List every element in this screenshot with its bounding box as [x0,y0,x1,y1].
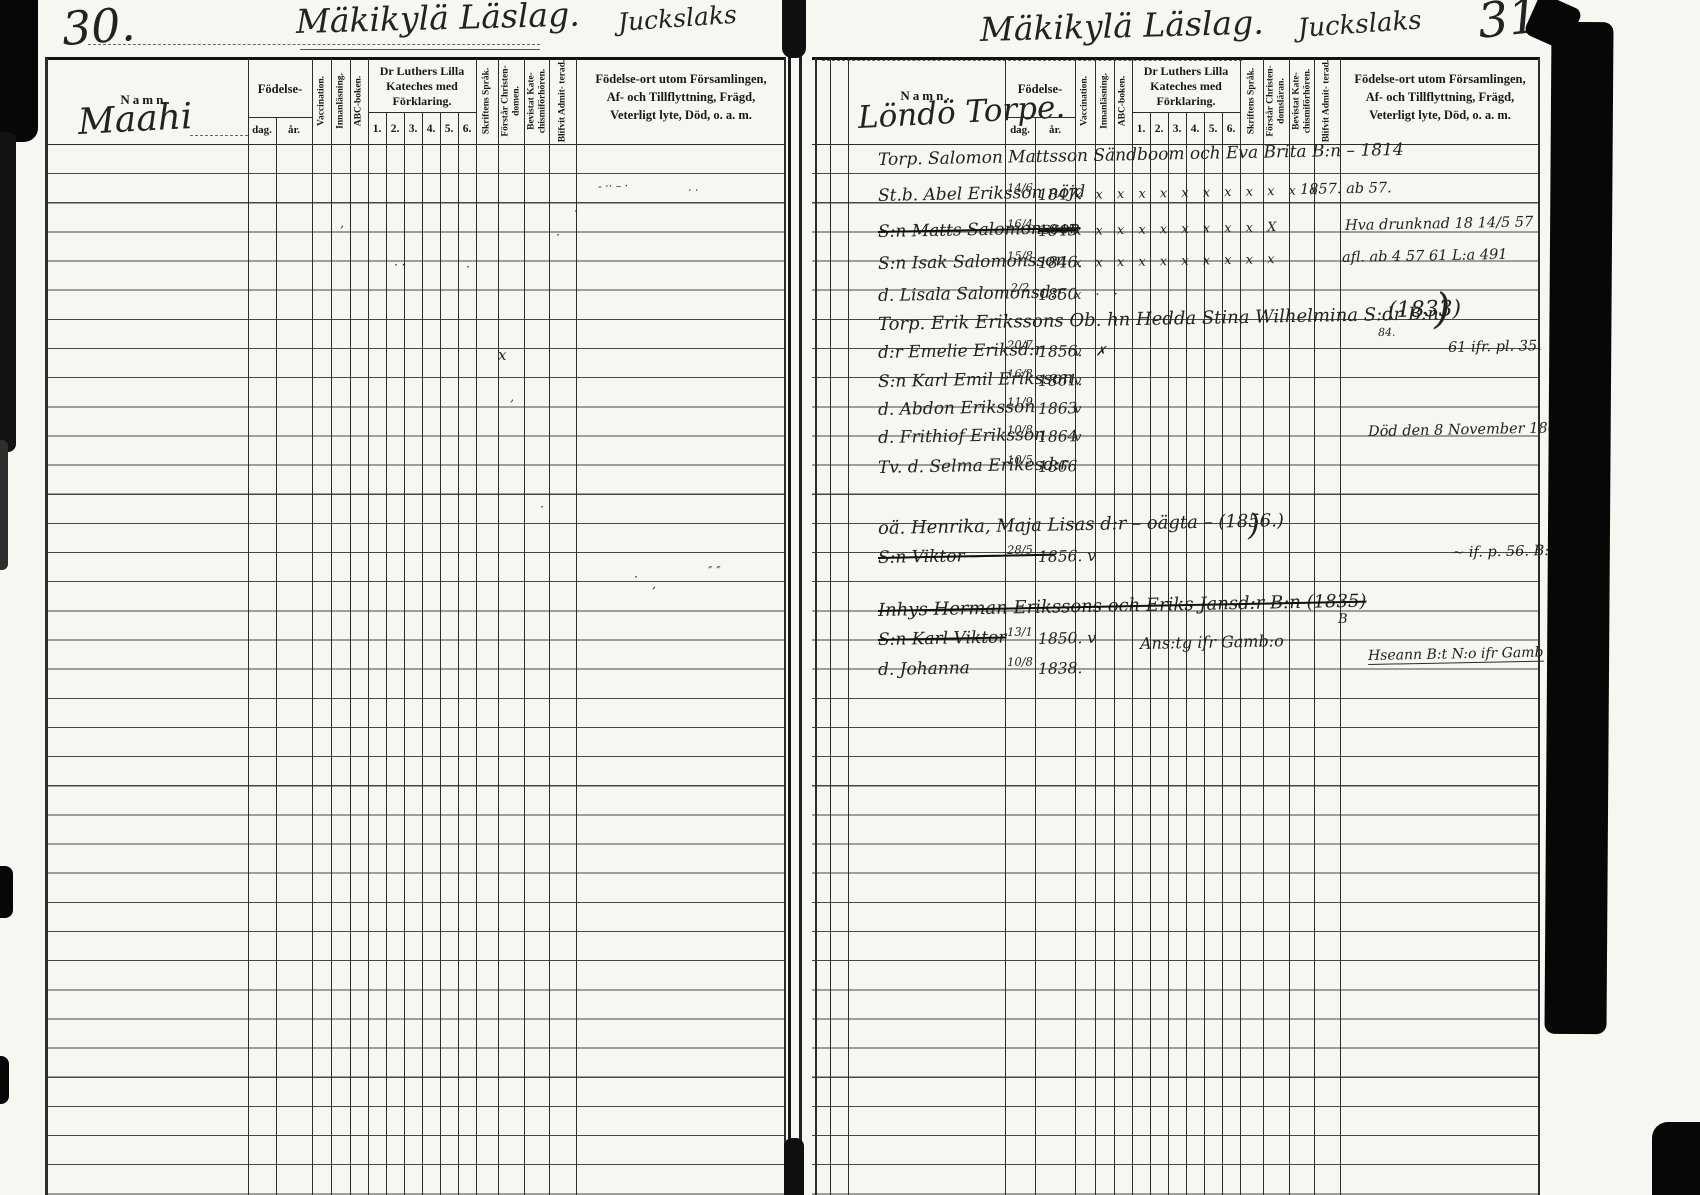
col-header-dag-right: dag. [1005,124,1035,136]
stray-ink-mark: · · [394,258,406,272]
col-header-fodelse-right: Födelse- [1005,82,1075,97]
stray-ink-mark: ‐ ·· – · [598,179,628,193]
scan-edge-left-2 [0,440,8,570]
column-rule [368,58,369,1195]
col-header-innanlasning-right: Innanläsning. [1095,58,1114,144]
column-rule [422,112,423,1195]
gutter-blot-bottom [784,1138,804,1195]
column-rule [549,58,550,1195]
column-rule [386,112,387,1195]
entry-extra: ) [1248,508,1260,543]
column-rule [350,58,351,1195]
entry-check-marks: v [1074,402,1087,417]
col-header-blifvit-left: Blifvit Admit- terad. [549,58,576,144]
kateches-col-5-right: 5. [1204,119,1222,143]
column-rule [1289,58,1290,1195]
stray-ink-mark: ‚ [510,390,514,404]
table-top-rule-right [812,57,1540,60]
page-title-left: Mäkikylä Läslag. [295,0,580,41]
scan-edge-left-1 [0,132,16,452]
stray-ink-mark: · [634,570,638,584]
gutter-blot-top [782,0,806,58]
col-header-fodelse-left: Födelse- [248,82,312,97]
col-header-skriftens-right: Skriftens Språk. [1240,58,1263,144]
scan-edge-left-3 [0,866,13,918]
column-rule [524,58,525,1195]
entry-birth-day: 10/5 [1004,452,1036,467]
column-rule [312,58,313,1195]
entry-name: S:n Karl Viktor [878,628,1007,650]
column-rule [404,112,405,1195]
fodelse-divider-left [248,117,312,118]
entry-note: afl. ab 4 57 61 L:a 491 [1342,247,1508,266]
page-annotation-right: Juckslaks [1297,5,1423,44]
entry-birth-day: 10/8 [1004,654,1036,669]
entry-name: d. Lisala Salomonsd:r [878,282,1065,306]
col-header-abc-right: ABC-boken. [1114,58,1132,144]
scan-edge-top-left [0,0,38,142]
entry-note: Död den 8 November 1865. [1368,420,1571,440]
entry-birth-day: 28/5 [1004,542,1036,557]
column-rule [1204,112,1205,1195]
kateches-col-1-left: 1. [368,119,386,143]
gutter-rule-2 [799,0,802,1195]
kateches-col-6-right: 6. [1222,119,1240,143]
column-rule [1186,112,1187,1195]
col-header-blifvit-right: Blifvit Admit- terad. [1314,58,1340,144]
entry-birth-year: 1850 [1038,285,1078,304]
col-header-vaccination-right: Vaccination. [1075,58,1095,144]
col-header-ar-left: år. [276,124,312,136]
kateches-col-6-left: 6. [458,119,476,143]
column-rule [331,58,332,1195]
entry-note: 1857. ab 57. [1300,180,1392,198]
kateches-col-5-left: 5. [440,119,458,143]
entry-check-marks: x · · [1074,287,1123,303]
row-lines-left [45,145,786,1195]
entry-extra: B [1338,612,1348,627]
title-underline-right [822,60,1242,61]
title-rule-left [300,49,540,50]
col-header-notes-right: Födelse-ort utom Församlingen, Af- och T… [1342,70,1538,124]
entry-birth-year: 1838. [1038,659,1083,678]
scan-edge-right-band [1544,22,1613,1034]
entry-check-marks: v [1074,430,1087,445]
fodelse-divider-right [1005,117,1075,118]
stray-ink-mark: · [466,260,470,274]
column-rule [1150,112,1151,1195]
col-header-kateches-left: Dr Luthers Lilla Kateches med Förklaring… [368,64,476,109]
col-header-forstar-right: Förstår Christen- domsläran. [1263,58,1289,144]
col-header-bevistat-right: Bevistat Kate- chismiförhören. [1289,58,1314,144]
kateches-col-4-left: 4. [422,119,440,143]
column-rule [576,58,577,1195]
column-rule [1538,58,1540,1195]
kateches-col-4-right: 4. [1186,119,1204,143]
entry-birth-day: 14/6 [1004,180,1036,195]
entry-birth-day: 11/9 [1004,394,1036,409]
scan-edge-left-4 [0,1056,9,1104]
stray-ink-mark: · [540,500,544,514]
column-rule [815,58,817,1195]
entry-birth-year: 1866 [1038,457,1078,476]
stray-ink-mark: x [498,346,507,364]
column-rule [830,58,831,1195]
name-heading-rule-left [190,135,248,136]
entry-check-marks: v [1074,374,1087,389]
kateches-col-3-right: 3. [1168,119,1186,143]
col-header-bevistat-left: Bevistat Kate- chismiförhören. [524,58,549,144]
page-title-right: Mäkikylä Läslag. [979,3,1264,49]
entry-birth-year: 1856. v [1038,547,1096,566]
stray-ink-mark: · [574,204,578,218]
kateches-col-2-left: 2. [386,119,404,143]
stray-ink-mark: ″ ″ [708,564,721,578]
column-rule [498,58,499,1195]
col-header-notes-left: Födelse-ort utom Församlingen, Af- och T… [578,70,784,124]
column-rule [1222,112,1223,1195]
entry-extra: Ans:tg ifr Gamb:o [1140,631,1284,653]
column-rule [458,112,459,1195]
stray-ink-mark: ‚ [340,216,344,230]
scan-corner-bottom-right [1652,1122,1700,1195]
stray-ink-mark: ‚ [652,577,656,591]
gutter-rule-1 [788,0,791,1195]
entry-name: d. Johanna [878,658,970,680]
entry-birth-day: 13/1 [1004,624,1036,639]
col-header-forstar-left: Förstår Christen- domen. [498,58,524,144]
page-annotation-left: Juckslaks [617,0,738,37]
table-top-rule-left [45,57,786,60]
entry-check-marks: v ✗ [1074,344,1112,360]
col-header-innanlasning-left: Innanläsning. [331,58,350,144]
entry-birth-year: 1863 [1038,399,1078,418]
entry-extra: 84. [1378,326,1396,339]
entry-birth-year: 1850. v [1038,629,1096,648]
col-header-kateches-right: Dr Luthers Lilla Kateches med Förklaring… [1132,64,1240,109]
column-rule [276,118,277,1195]
column-rule [440,112,441,1195]
entry-birth-day: 15/8 [1004,248,1036,263]
column-rule [248,58,249,1195]
column-rule [45,58,48,1195]
col-header-ar-right: år. [1035,124,1075,136]
stray-ink-mark: · · [688,184,699,197]
column-rule [1168,112,1169,1195]
scanned-church-record-spread: 30. Mäkikylä Läslag. Juckslaks Mäkikylä … [0,0,1700,1195]
entry-birth-day: 2/2 [1004,280,1036,295]
column-rule [476,58,477,1195]
entry-birth-day: 16/4 [1004,216,1036,231]
column-rule [848,58,849,1195]
col-header-skriftens-left: Skriftens Språk. [476,58,498,144]
title-underline-left [88,44,540,45]
col-header-vaccination-left: Vaccination. [312,58,331,144]
page-number-left: 30. [60,0,137,56]
entry-extra: Hseann B:t N:o ifr Gamb [1368,645,1544,665]
stray-ink-mark: · [556,228,560,242]
entry-birth-day: 16/3 [1004,366,1036,381]
column-rule [1314,58,1315,1195]
kateches-col-3-left: 3. [404,119,422,143]
col-header-abc-left: ABC-boken. [350,58,368,144]
entry-birth-day: 20/7 [1004,337,1036,352]
col-header-dag-left: dag. [248,124,276,136]
kateches-col-2-right: 2. [1150,119,1168,143]
column-rule [784,58,786,1195]
entry-birth-day: 10/8 [1004,422,1036,437]
entry-birth-year: 1864 [1038,427,1078,446]
entry-note: 61 ifr. pl. 35. [1448,338,1542,356]
entry-birth-year: 1845 [1038,221,1078,240]
entry-extra: ) [1434,284,1451,333]
kateches-col-1-right: 1. [1132,119,1150,143]
name-heading-left: Maahi [77,96,193,143]
